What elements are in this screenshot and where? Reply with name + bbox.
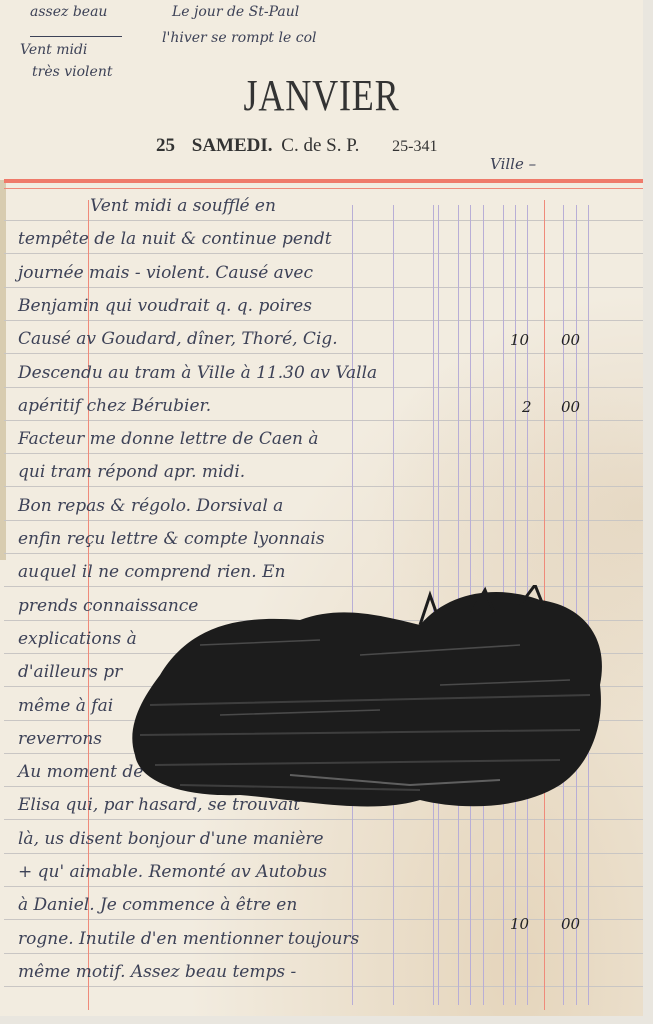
entry-line: Causé av Goudard, dîner, Thoré, Cig. (18, 329, 338, 349)
amount-francs: 10 (510, 331, 529, 349)
entry-line: + qu' aimable. Remonté av Autobus (18, 862, 327, 882)
entry-line: auquel il ne comprend rien. En (18, 562, 285, 582)
ruled-line (4, 387, 643, 388)
entry-line: Bon repas & régolo. Dorsival a (18, 496, 283, 516)
header-rule-thick (4, 179, 643, 183)
ruled-line (4, 986, 643, 987)
day-count: 25-341 (392, 138, 437, 155)
ruled-line (4, 919, 643, 920)
entry-line: Benjamin qui voudrait q. q. poires (18, 296, 312, 316)
saint-of-day: C. de S. P. (281, 135, 359, 156)
page-edge-shadow (0, 180, 6, 560)
weather-note: assez beau (30, 4, 107, 20)
day-number: 25 (156, 135, 175, 156)
proverb-line-1: Le jour de St-Paul (172, 4, 299, 20)
entry-line: même motif. Assez beau temps - (18, 962, 296, 982)
entry-line: rogne. Inutile d'en mentionner toujours (18, 929, 359, 949)
amount-francs: 2 (522, 398, 532, 416)
amount-centimes: 00 (561, 915, 580, 933)
entry-line: reverrons (18, 729, 102, 749)
entry-line: journée mais - violent. Causé avec (18, 263, 313, 283)
ruled-line (4, 453, 643, 454)
date-line: 25 SAMEDI. C. de S. P. 25-341 (156, 135, 437, 157)
ruled-line (4, 520, 643, 521)
entry-line: là, us disent bonjour d'une manière (18, 829, 324, 849)
ruled-line (4, 220, 643, 221)
entry-line: d'ailleurs pr (18, 662, 122, 682)
weather-underline (30, 36, 122, 37)
entry-line: à Daniel. Je commence à être en (18, 895, 297, 915)
ruled-line (4, 420, 643, 421)
entry-line: qui tram répond apr. midi. (18, 462, 245, 482)
ruled-line (4, 853, 643, 854)
ruled-line (4, 553, 643, 554)
ruled-line (4, 287, 643, 288)
entry-line: apéritif chez Bérubier. (18, 396, 211, 416)
header-rule-thin (4, 188, 643, 189)
month-title: JANVIER (58, 70, 585, 121)
weekday: SAMEDI. (192, 135, 273, 156)
ruled-line (4, 486, 643, 487)
amount-centimes: 00 (561, 398, 580, 416)
diary-page: assez beau Vent midi très violent Le jou… (0, 0, 643, 1016)
entry-line: même à fai (18, 696, 113, 716)
ruled-line (4, 253, 643, 254)
entry-line: Vent midi a soufflé en (90, 196, 276, 216)
amount-centimes: 00 (561, 331, 580, 349)
ruled-line (4, 353, 643, 354)
wind-note-1: Vent midi (20, 42, 87, 58)
location-note: Ville – (490, 155, 536, 173)
ruled-line (4, 953, 643, 954)
entry-line: Descendu au tram à Ville à 11.30 av Vall… (18, 363, 377, 383)
entry-line: enfin reçu lettre & compte lyonnais (18, 529, 325, 549)
entry-line: tempête de la nuit & continue pendt (18, 229, 332, 249)
amount-francs: 10 (510, 915, 529, 933)
proverb-line-2: l'hiver se rompt le col (162, 30, 316, 46)
entry-line: explications à (18, 629, 137, 649)
ruled-line (4, 886, 643, 887)
ink-scribble (120, 585, 620, 820)
entry-line: Facteur me donne lettre de Caen à (18, 429, 319, 449)
ruled-line (4, 320, 643, 321)
